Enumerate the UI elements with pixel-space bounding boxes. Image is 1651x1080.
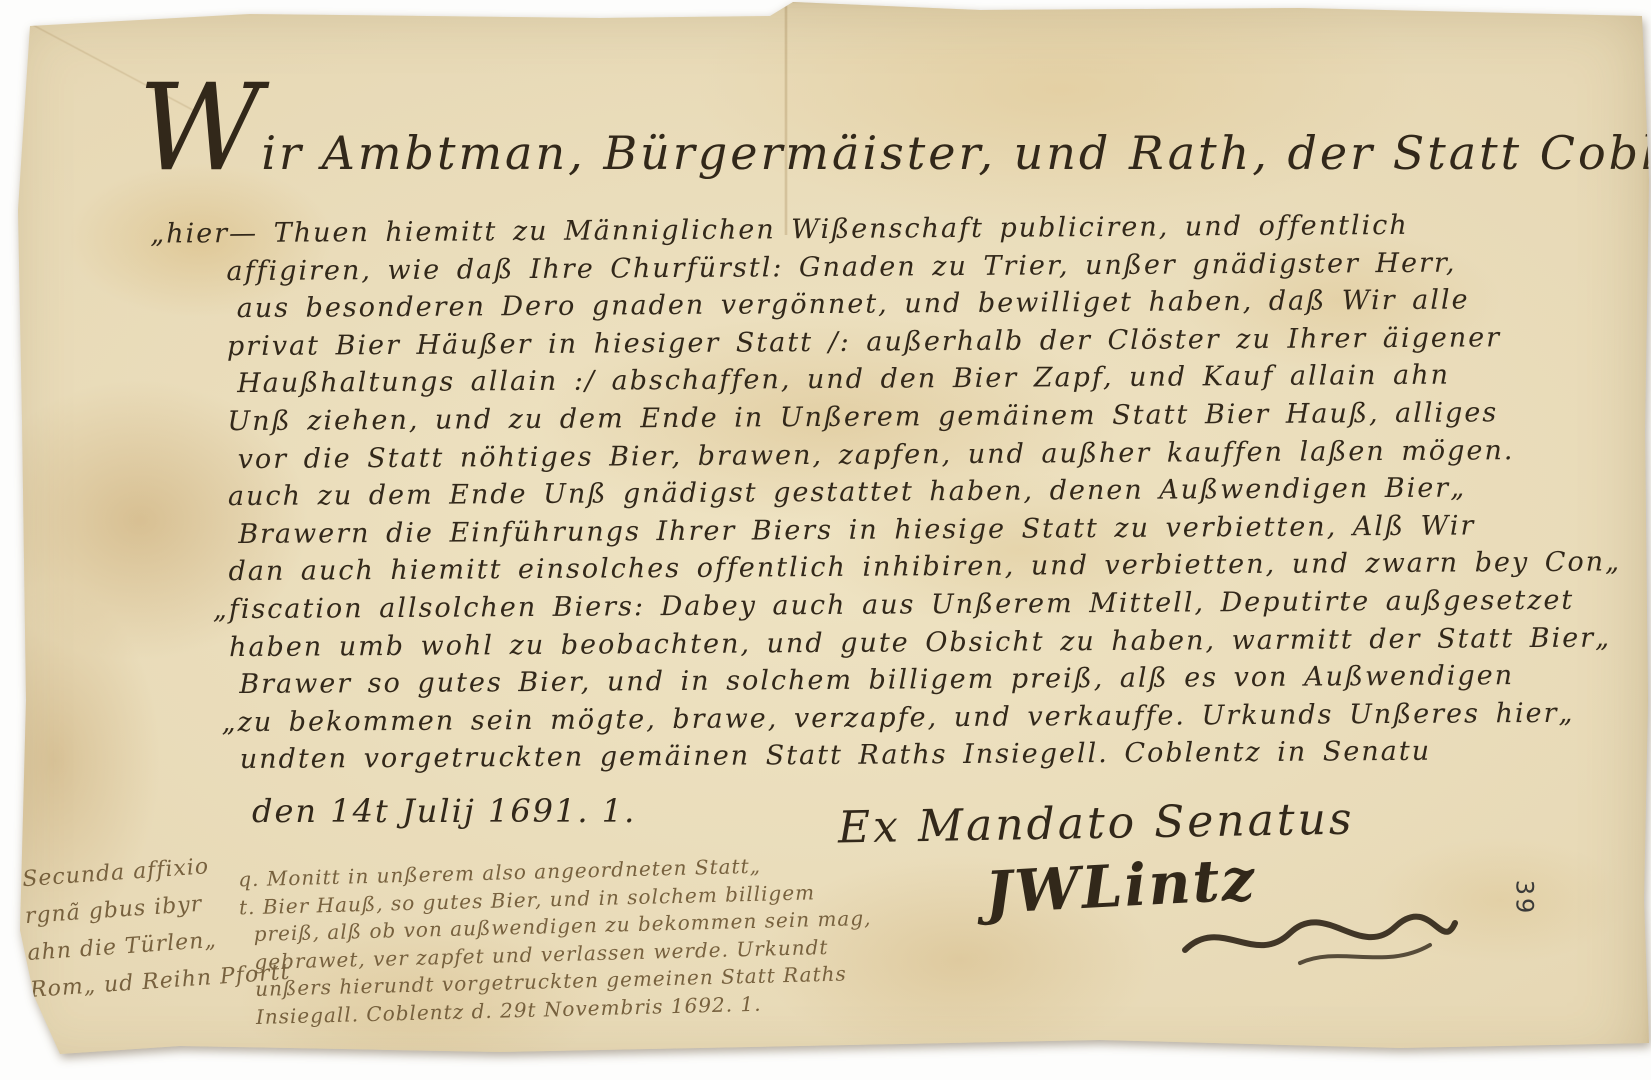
fold-crease-diagonal-topleft — [0, 0, 606, 6]
aged-paper-sheet: Wir Ambtman, Bürgermäister, und Rath, de… — [0, 0, 1651, 1080]
fold-crease-horizontal — [0, 0, 1651, 3]
paper-shadow: Wir Ambtman, Bürgermäister, und Rath, de… — [0, 0, 1651, 1080]
scanned-manuscript-page: Wir Ambtman, Bürgermäister, und Rath, de… — [0, 0, 1651, 1080]
paper-edge-vignette — [0, 0, 1651, 1080]
